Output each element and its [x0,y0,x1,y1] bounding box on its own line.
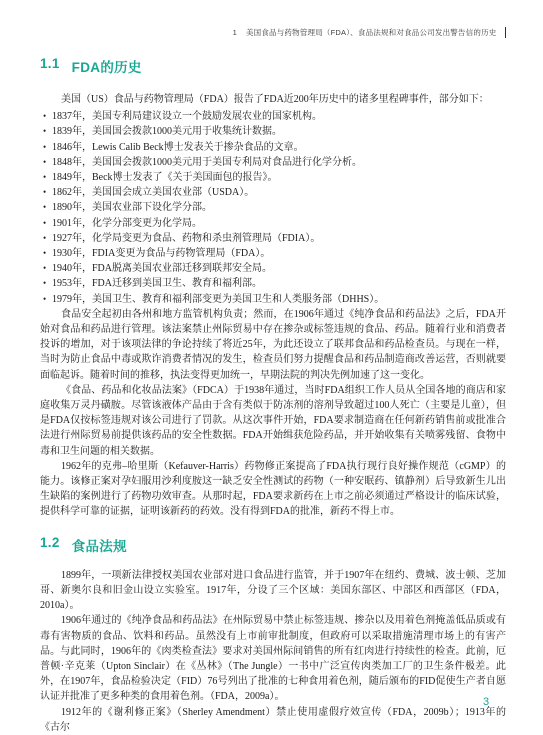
intro-paragraph: 美国（US）食品与药物管理局（FDA）报告了FDA近200年历史中的诸多里程碑事… [40,92,506,107]
page-number: 3 [483,696,489,708]
header-chapter-number: 1 [233,28,237,37]
milestone-item-1953: 1953年，FDA迁移到美国卫生、教育和福利部。 [40,276,506,291]
milestone-item-1890: 1890年，美国农业部下设化学分部。 [40,200,506,215]
paragraph-food-safety-origins: 食品安全起初由各州和地方监管机构负责；然而，在1906年通过《纯净食品和药品法》… [40,307,506,383]
milestone-item-1839: 1839年，美国国会拨款1000美元用于收集统计数据。 [40,124,506,139]
section-title: 食品法规 [72,535,127,555]
milestone-item-1846: 1846年，Lewis Calib Beck博士发表关于掺杂食品的文章。 [40,140,506,155]
section-heading-food-regulations: 1.2 食品法规 [40,535,506,555]
header-chapter-title: 美国食品与药物管理局（FDA）、食品法规和对食品公司发出警告信的历史 [246,27,497,38]
paragraph-1899-law: 1899年，一项新法律授权美国农业部对进口食品进行监管，并于1907年在纽约、费… [40,568,506,614]
paragraph-kefauver-harris-1962: 1962年的克弗–哈里斯（Kefauver-Harris）药物修正案提高了FDA… [40,459,506,520]
header-divider-rule [505,27,507,38]
page-body: 1.1 FDA的历史 美国（US）食品与药物管理局（FDA）报告了FDA近200… [40,56,506,735]
paragraph-1906-acts: 1906年通过的《纯净食品和药品法》在州际贸易中禁止标签违规、掺杂以及用着色剂掩… [40,613,506,704]
milestone-item-1927: 1927年，化学局变更为食品、药物和杀虫剂管理局（FDIA）。 [40,231,506,246]
milestone-item-1940: 1940年，FDA脱离美国农业部迁移到联邦安全局。 [40,261,506,276]
milestone-item-1848: 1848年，美国国会拨款1000美元用于美国专利局对食品进行化学分析。 [40,155,506,170]
milestone-item-1901: 1901年，化学分部变更为化学局。 [40,216,506,231]
section-number: 1.2 [40,535,60,555]
milestone-list: 1837年，美国专利局建议设立一个鼓励发展农业的国家机构。 1839年，美国国会… [40,109,506,307]
milestone-item-1837: 1837年，美国专利局建议设立一个鼓励发展农业的国家机构。 [40,109,506,124]
book-page: { "colors": { "accent": "#18A794", "head… [0,0,543,735]
milestone-item-1979: 1979年，美国卫生、教育和福利部变更为美国卫生和人类服务部（DHHS）。 [40,292,506,307]
section-number: 1.1 [40,56,60,76]
paragraph-fdca-1938: 《食品、药品和化妆品法案》（FDCA）于1938年通过，当时FDA组织工作人员从… [40,383,506,459]
section-title: FDA的历史 [72,56,142,76]
paragraph-1912-sherley: 1912年的《谢利修正案》（Sherley Amendment）禁止使用虚假疗效… [40,705,506,735]
section-heading-fda-history: 1.1 FDA的历史 [40,56,506,76]
running-header: 1 美国食品与药物管理局（FDA）、食品法规和对食品公司发出警告信的历史 [233,27,506,38]
milestone-item-1849: 1849年，Beck博士发表了《关于美国面包的报告》。 [40,170,506,185]
milestone-item-1930: 1930年，FDIA变更为食品与药物管理局（FDA）。 [40,246,506,261]
milestone-item-1862: 1862年，美国国会成立美国农业部（USDA）。 [40,185,506,200]
